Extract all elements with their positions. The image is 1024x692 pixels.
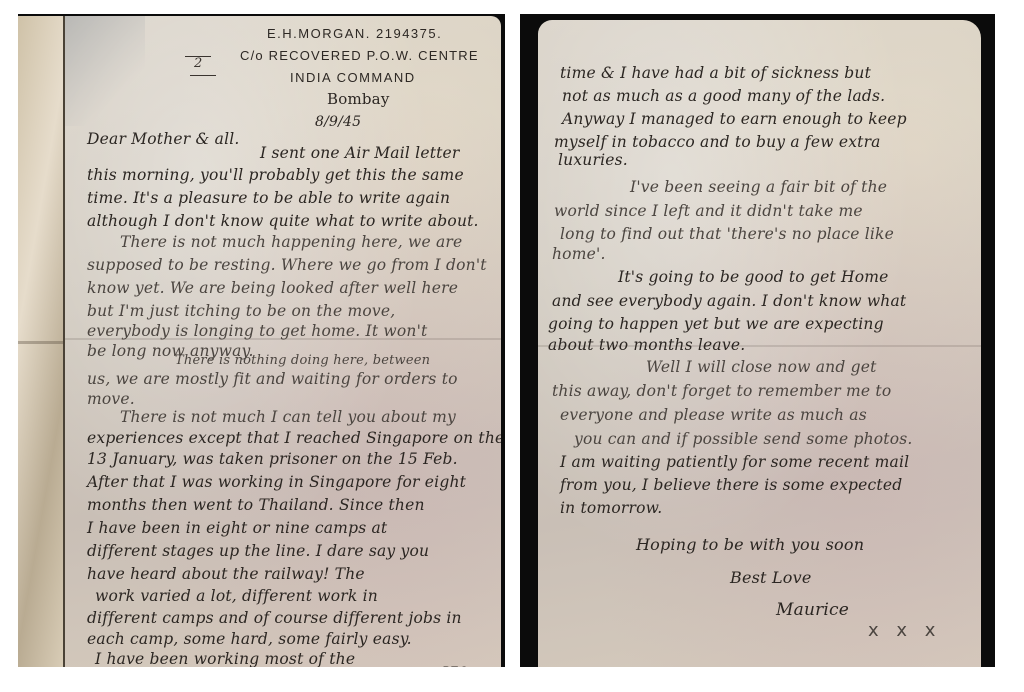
sign-off: Best Love	[730, 568, 812, 587]
closing-line: Hoping to be with you soon	[636, 535, 864, 554]
letter-line: home'.	[552, 245, 606, 263]
letter-line: I am waiting patiently for some recent m…	[560, 453, 909, 471]
letter-line: not as much as a good many of the lads.	[562, 87, 885, 105]
letter-line: different stages up the line. I dare say…	[87, 542, 429, 560]
letter-line: work varied a lot, different work in	[95, 587, 378, 605]
page-number: 2	[194, 56, 202, 71]
letter-line: but I'm just itching to be on the move,	[87, 302, 395, 320]
letter-line: and see everybody again. I don't know wh…	[552, 292, 906, 310]
letter-line: time. It's a pleasure to be able to writ…	[87, 189, 450, 207]
letter-line: Well I will close now and get	[646, 358, 877, 376]
letter-line: Anyway I managed to earn enough to keep	[562, 110, 907, 128]
letter-line: going to happen yet but we are expecting	[548, 315, 884, 333]
letter-line: I've been seeing a fair bit of the	[630, 178, 887, 196]
header-name-number: E.H.MORGAN. 2194375.	[267, 26, 442, 41]
letter-line: everybody is longing to get home. It won…	[87, 322, 427, 340]
letter-line: although I don't know quite what to writ…	[87, 212, 479, 230]
letter-line: There is nothing doing here, between	[175, 353, 430, 368]
letter-line: have heard about the railway! The	[87, 565, 365, 583]
folded-flap	[18, 16, 65, 667]
letter-line: world since I left and it didn't take me	[554, 202, 863, 220]
letter-line: this morning, you'll probably get this t…	[87, 166, 464, 184]
letter-line: I have been in eight or nine camps at	[87, 519, 387, 537]
letter-line: different camps and of course different …	[87, 609, 462, 627]
letter-line: in tomorrow.	[560, 499, 662, 517]
header-date: 8/9/45	[315, 114, 361, 130]
letter-line: you can and if possible send some photos…	[574, 430, 913, 448]
letter-line: know yet. We are being looked after well…	[87, 279, 458, 297]
letter-line: about two months leave.	[548, 336, 745, 354]
letter-line: It's going to be good to get Home	[618, 268, 889, 286]
letter-line: from you, I believe there is some expect…	[560, 476, 902, 494]
letter-page-left: 2 E.H.MORGAN. 2194375. C/o RECOVERED P.O…	[65, 16, 501, 667]
signature: Maurice	[776, 600, 849, 620]
letter-line: long to find out that 'there's no place …	[560, 225, 894, 243]
pto-note: P.T.O.	[443, 666, 471, 667]
letter-line: months then went to Thailand. Since then	[87, 496, 425, 514]
letter-line: I sent one Air Mail letter	[260, 144, 460, 162]
letter-line: experiences except that I reached Singap…	[87, 429, 501, 447]
letter-line: myself in tobacco and to buy a few extra	[554, 133, 881, 151]
letter-page-left-photo: 2 E.H.MORGAN. 2194375. C/o RECOVERED P.O…	[18, 14, 505, 667]
letter-page-right: time & I have had a bit of sickness but …	[538, 20, 981, 667]
page-number-underline	[190, 75, 216, 76]
letter-line: everyone and please write as much as	[560, 406, 867, 424]
salutation: Dear Mother & all.	[87, 130, 240, 148]
header-address-line3: Bombay	[327, 90, 390, 108]
letter-line: There is not much I can tell you about m…	[120, 408, 456, 426]
letter-line: this away, don't forget to remember me t…	[552, 382, 891, 400]
header-address-line2: INDIA COMMAND	[290, 70, 416, 85]
letter-line: I have been working most of the	[95, 650, 355, 667]
paper-corner-fold	[65, 16, 145, 126]
letter-line: move.	[87, 390, 135, 408]
letter-line: After that I was working in Singapore fo…	[87, 473, 466, 491]
letter-page-right-photo: time & I have had a bit of sickness but …	[520, 14, 995, 667]
letter-line: There is not much happening here, we are	[120, 233, 462, 251]
header-address-line1: C/o RECOVERED P.O.W. CENTRE	[240, 48, 479, 63]
letter-line: us, we are mostly fit and waiting for or…	[87, 370, 458, 388]
letter-line: each camp, some hard, some fairly easy.	[87, 630, 412, 648]
letter-line: supposed to be resting. Where we go from…	[87, 256, 487, 274]
letter-line: time & I have had a bit of sickness but	[560, 64, 871, 82]
kisses-mark: x x x	[868, 620, 941, 641]
letter-line: 13 January, was taken prisoner on the 15…	[87, 450, 458, 468]
letter-line: luxuries.	[558, 151, 628, 169]
